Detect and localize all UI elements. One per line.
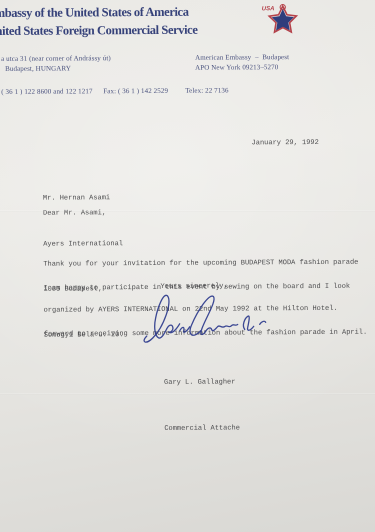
uscs-star-logo-icon: USA — [261, 0, 301, 36]
letter-content: Embassy of the United States of America … — [0, 0, 375, 532]
recipient-name: Mr. Hernan Asami — [43, 194, 123, 204]
embassy-city: Budapest, HUNGARY — [5, 64, 71, 72]
signature-block: Gary L. Gallagher Commercial Attache — [164, 342, 240, 470]
signer-name: Gary L. Gallagher — [164, 378, 240, 388]
letter-date: January 29, 1992 — [252, 139, 319, 149]
paper-crease-top — [0, 210, 375, 212]
embassy-apo-address: APO New York 09213–5270 — [195, 63, 278, 72]
embassy-street-address: a utca 31 (near corner of Andrássy út) — [1, 54, 111, 63]
scanned-letter-page: Embassy of the United States of America … — [0, 0, 375, 532]
embassy-name-right: American Embassy – Budapest — [195, 53, 289, 62]
phone-numbers: ( 36 1 ) 122 8600 and 122 1217 — [1, 87, 92, 96]
logo-usa-text: USA — [262, 6, 275, 12]
paper-crease-bottom — [0, 393, 375, 395]
handwritten-signature — [136, 289, 270, 346]
fax-number: Fax: ( 36 1 ) 142 2529 — [103, 87, 168, 95]
letterhead-title-line1: Embassy of the United States of America — [0, 5, 189, 21]
signer-title: Commercial Attache — [164, 424, 240, 434]
telex-number: Telex: 22 7136 — [185, 87, 228, 95]
letterhead-title-line2: United States Foreign Commercial Service — [0, 23, 198, 39]
